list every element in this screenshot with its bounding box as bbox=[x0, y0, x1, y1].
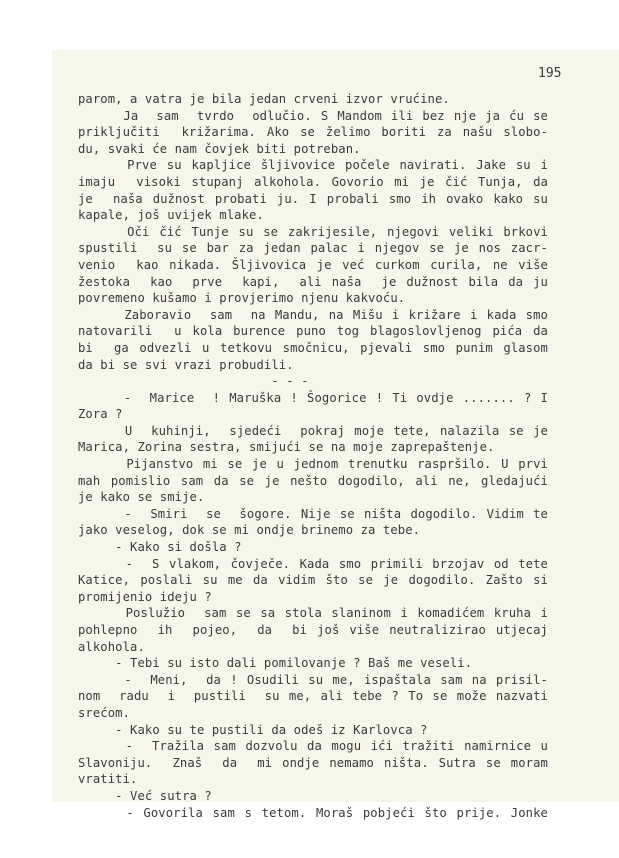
text-line: - Tražila sam dozvolu da mogu ići tražit… bbox=[78, 738, 548, 755]
text-line: - Kako si došla ? bbox=[78, 539, 548, 556]
text-line: - Meni, da ! Osudili su me, ispaštala sa… bbox=[78, 672, 548, 689]
text-line: Zaboravio sam na Mandu, na Mišu i križar… bbox=[78, 307, 548, 324]
text-line: natovarili u kola burence puno tog blago… bbox=[78, 323, 548, 340]
text-line: kapale, još uvijek mlake. bbox=[78, 207, 548, 224]
text-line: - Smiri se šogore. Nije se ništa dogodil… bbox=[78, 506, 548, 523]
text-line: priključiti križarima. Ako se želimo bor… bbox=[78, 124, 548, 141]
text-line: venio kao nikada. Šljivovica je već curk… bbox=[78, 257, 548, 274]
text-line: povremeno kušamo i provjerimo njenu kakv… bbox=[78, 290, 548, 307]
text-line: - - - bbox=[78, 373, 548, 390]
text-line: alkohola. bbox=[78, 639, 548, 656]
text-line: mah pomislio sam da se je nešto dogodilo… bbox=[78, 473, 548, 490]
text-line: - Marice ! Maruška ! Šogorice ! Ti ovdje… bbox=[78, 390, 548, 407]
text-line: srećom. bbox=[78, 705, 548, 722]
text-line: U kuhinji, sjedeći pokraj moje tete, nal… bbox=[78, 423, 548, 440]
text-line: Slavoniju. Znaš da mi ondje nemamo ništa… bbox=[78, 755, 548, 772]
page-body-text: parom, a vatra je bila jedan crveni izvo… bbox=[78, 91, 548, 821]
text-line: je kako se smije. bbox=[78, 489, 548, 506]
text-line: nom radu i pustili su me, ali tebe ? To … bbox=[78, 688, 548, 705]
text-line: je naša dužnost probati ju. I probali sm… bbox=[78, 191, 548, 208]
text-line: promijenio ideju ? bbox=[78, 589, 548, 606]
text-line: jako veselog, dok se mi ondje brinemo za… bbox=[78, 522, 548, 539]
text-line: spustili su se bar za jedan palac i njeg… bbox=[78, 240, 548, 257]
text-line: da bi se svi vrazi probudili. bbox=[78, 357, 548, 374]
text-line: - Kako su te pustili da odeš iz Karlovca… bbox=[78, 722, 548, 739]
text-line: Prve su kapljice šljivovice počele navir… bbox=[78, 157, 548, 174]
text-line: Oči čić Tunje su se zakrijesile, njegovi… bbox=[78, 224, 548, 241]
text-line: imaju visoki stupanj alkohola. Govorio m… bbox=[78, 174, 548, 191]
text-line: Poslužio sam se sa stola slaninom i koma… bbox=[78, 605, 548, 622]
text-line: vratiti. bbox=[78, 771, 548, 788]
text-line: Pijanstvo mi se je u jednom trenutku ras… bbox=[78, 456, 548, 473]
text-line: du, svaki će nam čovjek biti potreban. bbox=[78, 141, 548, 158]
text-line: - Govorila sam s tetom. Moraš pobjeći št… bbox=[78, 805, 548, 822]
text-line: Zora ? bbox=[78, 406, 548, 423]
text-line: parom, a vatra je bila jedan crveni izvo… bbox=[78, 91, 548, 108]
text-line: Katice, poslali su me da vidim što se je… bbox=[78, 572, 548, 589]
text-line: - S vlakom, čovječe. Kada smo primili br… bbox=[78, 556, 548, 573]
text-line: - Već sutra ? bbox=[78, 788, 548, 805]
text-line: bi ga odvezli u tetkovu smočnicu, pjeval… bbox=[78, 340, 548, 357]
text-line: Marica, Zorina sestra, smijući se na moj… bbox=[78, 439, 548, 456]
text-line: pohlepno ih pojeo, da bi još više neutra… bbox=[78, 622, 548, 639]
text-line: žestoka kao prve kapi, ali naša je dužno… bbox=[78, 274, 548, 291]
text-line: Ja sam tvrdo odlučio. S Mandom ili bez n… bbox=[78, 108, 548, 125]
page-number: 195 bbox=[538, 66, 561, 81]
text-line: - Tebi su isto dali pomilovanje ? Baš me… bbox=[78, 655, 548, 672]
